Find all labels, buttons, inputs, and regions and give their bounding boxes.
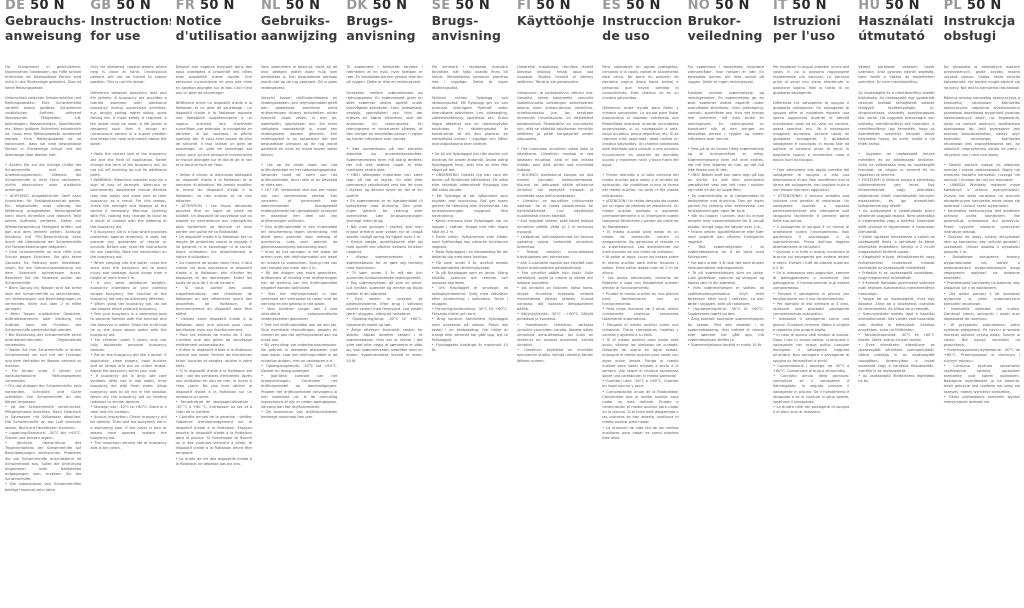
instruction-paragraph: • Testa flytplagget i en simbassäng för … (432, 250, 508, 260)
instruction-paragraph: • In caso di sporco vedi simboli di puli… (773, 333, 849, 364)
column-title: Käyttöohje (517, 14, 593, 29)
instruction-paragraph: • Afprøv svømmevesten i et svømmebassin … (346, 255, 422, 270)
column-header: HU 50 NHasználati útmutató (858, 0, 934, 57)
column-header: NO 50 NBrukor- veiledning (688, 0, 764, 57)
instruction-paragraph: • For barn under 3 år skal det bare bruk… (688, 261, 764, 271)
instruction-paragraph: • El medio auxiliar para nadar es un med… (602, 230, 678, 256)
column-title: Notice d'utilisation (176, 14, 252, 43)
instruction-paragraph: • Au moment de sauter dans l'eau, il fau… (176, 261, 252, 287)
instruction-paragraph: • Opbergen/gebruik: -30°C tot +60°C. Don… (261, 364, 337, 374)
instruction-paragraph: • Test het drijfhulpmiddel in een zwemba… (261, 292, 337, 307)
language-size-label: NO 50 N (688, 0, 764, 12)
instruction-paragraph: • Si vous portez des poids supplémentair… (176, 286, 252, 317)
instruction-paragraph: • Skacząc do wody, należy skrzyżować ręc… (944, 235, 1020, 256)
instruction-paragraph: • WARNING: Bleached material may be a si… (90, 178, 166, 230)
language-size-label: GB 50 N (90, 0, 166, 12)
instruction-paragraph: • Przetestować kamizelkę na basenie, aby… (944, 281, 1020, 291)
instruction-paragraph: • Jährliche Überprüfung des Trageverhalt… (5, 441, 81, 482)
instruction-paragraph: • LET OP: Verbleekte stof kan een teken … (261, 188, 337, 224)
instruction-paragraph: • Ist die Schwimmhilfe verschmutzt, Pfle… (5, 405, 81, 431)
instruction-paragraph: • Uimaliivi on apuväline hukkumista vast… (517, 199, 593, 220)
instruction-paragraph: • Un dispositif d'aide à la flottaison e… (176, 235, 252, 261)
column-body: Per nuotatori in acque protette, vicino … (773, 65, 849, 415)
instruction-paragraph: • Al saltar al agua, cruce los brazos so… (602, 255, 678, 276)
language-column-pl: PL 50 NInstrukcja obsługiDo pływaków w o… (939, 0, 1024, 608)
instruction-paragraph: Diferencia entre ayuda para flotar y cha… (602, 106, 678, 168)
instruction-paragraph: • Quando ci si tuffa in acqua, incrociar… (773, 250, 849, 271)
column-body: Uimareille suojaisissa, rannikon lähellä… (517, 65, 593, 364)
language-column-dk: DK 50 NBrugs- anvisningTil svømmere i be… (341, 0, 426, 608)
buoyancy-rating: 50 N (536, 0, 571, 13)
instruction-paragraph: • Note the correct size of the buoyancy … (90, 152, 166, 178)
instruction-paragraph: • OBS! Afblegede materialer kan være teg… (346, 173, 422, 199)
instruction-paragraph: • Testaa uimaliivi uima-altaassa tutustu… (517, 250, 593, 260)
instruction-paragraph: • W przypadku zabrudzenia: patrz symbole… (944, 323, 1020, 349)
instruction-paragraph: • Vær opmærksom på den korrekte størrels… (346, 147, 422, 173)
instruction-paragraph: • Trek het drijfhulpmiddel aan als een j… (261, 323, 337, 344)
instruction-paragraph: • Kamizelkę zakładać jak kurtkę. Zamknąć… (944, 307, 1020, 322)
instruction-paragraph: • Per bambini di età inferiore ai 3 anni… (773, 302, 849, 317)
instruction-paragraph: • When using the buoyancy aid, do not us… (90, 302, 166, 312)
instruction-paragraph: • Beim Sprung ins Wasser sind die Arme ü… (5, 286, 81, 312)
column-body: Til svømmere i beskyttet farvand i nærhe… (346, 65, 422, 364)
column-title: Brugs- anvisning (346, 14, 422, 43)
instruction-paragraph: Do pływaków w osłoniętych wodach przybrz… (944, 65, 1020, 91)
instruction-paragraph: • OBS! Bleket stoff kan være tegn på tap… (688, 173, 764, 194)
instruction-paragraph: • Uimaliivin käyttöikä on enintään kymme… (517, 348, 593, 363)
instruction-paragraph: • Bij het dragen van extra gewichten, dr… (261, 271, 337, 292)
instruction-paragraph: • Eine Schwimmhilfe ist eine Hilfe zum S… (5, 250, 81, 286)
instruction-paragraph: • Lagerung/Gebrauch: -30°C bis +60°C. Du… (5, 431, 81, 441)
buoyancy-rating: 50 N (286, 0, 321, 13)
instruction-paragraph: Unterschied zwischen Schwimmhilfen und R… (5, 96, 81, 158)
instruction-paragraph: För simmare i skyddade, kustnära farvatt… (432, 65, 508, 91)
instruction-paragraph: • ATTENZIONE! Il tessuto sbiadito può in… (773, 194, 849, 225)
instruction-paragraph: • Póngase el medio auxiliar como una cha… (602, 323, 678, 338)
instruction-paragraph: • Lisäpainot, kelluntakammiot tai kelluv… (517, 235, 593, 250)
language-column-gb: GB 50 NInstructions for useOnly for shel… (85, 0, 170, 608)
language-size-label: ES 50 N (602, 0, 678, 12)
instruction-paragraph: • Oppbevaring/bruk: -30°C til +60°C. Opp… (688, 307, 764, 317)
instruction-paragraph: • Si le dispositif d'aide à la flottaiso… (176, 369, 252, 400)
instruction-paragraph: • Bij vervuiling: zie onderhoudssymbolen… (261, 343, 337, 364)
instruction-paragraph: • Årligt eftersyn: kontrollér vesten for… (346, 328, 422, 364)
language-size-label: NL 50 N (261, 0, 337, 12)
instruction-paragraph: • UWAGA! Wyblakły materiał może świadczy… (944, 183, 1020, 209)
language-size-label: IT 50 N (773, 0, 849, 12)
instruction-paragraph: • Korsa armarna över flytplagget när du … (432, 219, 508, 234)
instruction-paragraph: • Przechowywanie/użytkowanie: -30°C do +… (944, 348, 1020, 363)
instruction-paragraph: Différence entre un dispositif d'aide à … (176, 101, 252, 168)
instruction-paragraph: • Beim Tragen zusätzlicher Gewichte, Auf… (5, 312, 81, 333)
instruction-paragraph: • Należy zwrócić uwagę na właściwy rozmi… (944, 163, 1020, 184)
buoyancy-rating: 50 N (626, 0, 661, 13)
buoyancy-rating: 50 N (116, 0, 151, 13)
instruction-paragraph: • La durata utile dei salvagenti di spug… (773, 405, 849, 415)
instruction-paragraph: • A buoyancy aid is a tool which provide… (90, 230, 166, 261)
instruction-paragraph: • Til børn under 3 år må der kun anvende… (346, 271, 422, 281)
buoyancy-rating: 50 N (715, 0, 750, 13)
language-code: FR (176, 0, 196, 13)
instruction-paragraph: • Jaarlijkse controle van het draagvermo… (261, 374, 337, 410)
instruction-paragraph: • Ekstra vægte, opdriftskamre eller tøj … (346, 240, 422, 255)
column-title: Instrucciones de uso (602, 14, 678, 43)
language-column-es: ES 50 NInstrucciones de usoPara nadadore… (597, 0, 682, 608)
language-code: FI (517, 0, 531, 13)
instruction-paragraph: • Los pesos adicionales, cámaras de flot… (602, 276, 678, 291)
instruction-paragraph: • ATTENTION ! Les tissus décolorés peuve… (176, 204, 252, 235)
instruction-paragraph: Forskjell mellom svømmehjelp og rednings… (688, 91, 764, 143)
language-size-label: SE 50 N (432, 0, 508, 12)
column-title: Instructions for use (90, 14, 166, 43)
buoyancy-rating: 50 N (885, 0, 920, 13)
instruction-paragraph: • Förvaring/användning: -30°C till +60°C… (432, 307, 508, 317)
instruction-paragraph: • Preste atención a la talla correcta de… (602, 173, 678, 199)
instruction-paragraph: • Hvis svømmehjelpen er skitten: se vedl… (688, 286, 764, 307)
instruction-paragraph: • Ta på flytplagget som en jacka. Stäng … (432, 271, 508, 286)
column-body: Do pływaków w osłoniętych wodach przybrz… (944, 65, 1020, 405)
column-body: Védett, partközeli vizekben úszók számár… (858, 65, 934, 384)
instruction-paragraph: • Tárolás/használat: -30°C és +60°C közö… (858, 333, 934, 343)
instruction-paragraph: • En svømmevest er et hjælpemiddel til b… (346, 199, 422, 225)
instruction-paragraph: • Die Lebensdauer von Schwimmhilfen betr… (5, 482, 81, 492)
language-code: DE (5, 0, 25, 13)
instruction-paragraph: • Säilytys/käyttö: -30°C – +60°C. Säilyt… (517, 312, 593, 322)
instruction-paragraph: • If buoyancy aid is dirty: see care sym… (90, 374, 166, 405)
instruction-paragraph: • Kamizelka asekuracyjna jest środkiem o… (944, 209, 1020, 235)
column-body: Para nadadores en aguas protegidas, cerc… (602, 65, 678, 441)
instruction-paragraph: Uimapuvun ja pelastusliivin välinen ero:… (517, 91, 593, 143)
instruction-paragraph: • Årlig kontroll: kontrollera flytplagge… (432, 317, 508, 343)
column-header: DK 50 NBrugs- anvisning (346, 0, 422, 57)
instruction-paragraph: • When jumping into the water, cross the… (90, 261, 166, 282)
instruction-paragraph: • Dodatkowe obciążenie, komory wypornośc… (944, 255, 1020, 281)
language-code: DK (346, 0, 367, 13)
language-column-no: NO 50 NBrukor- veiledningFor svømmere i … (683, 0, 768, 608)
language-size-label: DK 50 N (346, 0, 422, 12)
instruction-paragraph: • Ta på svømmehjelpen som en jakke. Lukk… (688, 271, 764, 286)
instruction-paragraph: • Az úszássegítő élettartama legfeljebb … (858, 374, 934, 384)
instruction-paragraph: • Température de stockage/utilisation : … (176, 400, 252, 415)
instruction-paragraph: • Kiegészítő súlyok, felhajtókamrák vagy… (858, 255, 934, 270)
instruction-paragraph: • Enfiler le dispositif d'aide à la flot… (176, 348, 252, 369)
instruction-paragraph: Verschil tussen drijfhulpmiddelen en red… (261, 96, 337, 158)
instruction-paragraph: • Indossare il salvagente come una giacc… (773, 317, 849, 332)
instruction-paragraph: • OBSERVERA! Urblekt tyg kan vara ett te… (432, 173, 508, 194)
instruction-paragraph: • Pue uimaliivi päälle kuin takki. Sulje… (517, 271, 593, 286)
instruction-paragraph: • Årlig kontroll: kontroller svømmehjelp… (688, 317, 764, 343)
instruction-paragraph: • Für Kinder unter 3 Jahren nur vollauto… (5, 369, 81, 384)
language-size-label: PL 50 N (944, 0, 1020, 12)
instruction-paragraph: • En svømmehjelp er et hjelpemiddel til … (688, 194, 764, 215)
instruction-paragraph: • Si el medio auxiliar para nadar está s… (602, 338, 678, 379)
instruction-paragraph: • Conservazione / Impiego: da -30°C a +6… (773, 364, 849, 374)
instruction-paragraph: Für Schwimmer in geschütztem, küstennahe… (5, 65, 81, 91)
language-size-label: HU 50 N (858, 0, 934, 12)
instruction-paragraph: • Jos uimaliivi on likainen: katso hoito… (517, 286, 593, 312)
column-title: Használati útmutató (858, 14, 934, 43)
instruction-paragraph: • Vízbe ugráskor keresztezze a karjait a… (858, 235, 934, 256)
language-column-se: SE 50 NBrugs- anvisningFör simmare i sky… (427, 0, 512, 608)
instruction-paragraph: • Pour les enfants de moins de 3 ans, n'… (176, 333, 252, 348)
instruction-paragraph: • Provare il salvagente in piscina per f… (773, 292, 849, 302)
instruction-paragraph: • Für das Anlegen der Schwimmhilfe, fall… (5, 384, 81, 405)
column-body: För simmare i skyddade, kustnära farvatt… (432, 65, 508, 353)
instruction-paragraph: Forskellen mellem svømmeveste og redning… (346, 91, 422, 143)
instruction-paragraph: • Coroczna kontrola sprawności użytkowan… (944, 364, 1020, 395)
instruction-paragraph: • Se si indossano pesi aggiuntivi, camer… (773, 271, 849, 292)
instruction-paragraph: • Fare attenzione alla taglia corretta d… (773, 168, 849, 194)
instruction-paragraph: • Een drijfhulpmiddel is een hulpmiddel … (261, 225, 337, 251)
instruction-paragraph: • Utilisez votre dispositif d'aide à la … (176, 317, 252, 332)
instruction-paragraph: Różnica między kamizelką asekuracyjną a … (944, 96, 1020, 158)
instruction-sheet: DE 50 NGebrauchs- anweisungFür Schwimmer… (0, 0, 1024, 608)
instruction-paragraph: • Put on the buoyancy aid like a jacket.… (90, 353, 166, 374)
instruction-paragraph: • Test your buoyancy in a swimming pool … (90, 312, 166, 338)
column-header: PL 50 NInstrukcja obsługi (944, 0, 1020, 57)
language-column-it: IT 50 NIstruzioni per l'usoPer nuotatori… (768, 0, 853, 608)
language-code: HU (858, 0, 880, 13)
instruction-paragraph: • Når du hopper i vannet, skal du krysse… (688, 214, 764, 229)
instruction-paragraph: • Vuosittainen tarkastus: tarkasta uimal… (517, 323, 593, 349)
instruction-paragraph: Per nuotatori in acque protette, vicino … (773, 65, 849, 96)
instruction-paragraph: • Storage/ use: -30°C to +60°C. Store in… (90, 405, 166, 415)
column-body: Only for sheltered, coastal waters where… (90, 65, 166, 451)
instruction-paragraph: • Se till att flytplagget har rätt storl… (432, 152, 508, 173)
column-title: Istruzioni per l'uso (773, 14, 849, 43)
column-body: Destiné aux nageurs évoluant dans des ea… (176, 65, 252, 467)
instruction-paragraph: • Bei Benutzung der Schwimmhilfe keine a… (5, 333, 81, 348)
column-header: DE 50 NGebrauchs- anweisung (5, 0, 81, 57)
language-code: IT (773, 0, 787, 13)
instruction-paragraph: • Az úszássegítő a vízbefulladás elleni … (858, 209, 934, 235)
instruction-paragraph: Til svømmere i beskyttet farvand i nærhe… (346, 65, 422, 86)
instruction-paragraph: • För barn under 3 år, använd endast hel… (432, 261, 508, 271)
instruction-paragraph: Difference between buoyancy aids and lif… (90, 91, 166, 148)
instruction-paragraph: • Extra vikter, flytkammare eller kläder… (432, 235, 508, 250)
instruction-paragraph: • La duración de vida útil de los medios… (602, 426, 678, 441)
instruction-paragraph: • Om flytplagget är smutsigt: se skötsel… (432, 286, 508, 307)
instruction-paragraph: • 3 évesnél fiatalabb gyermekek számára … (858, 281, 934, 296)
language-size-label: FR 50 N (176, 0, 252, 12)
instruction-paragraph: Uimareille suojaisissa, rannikon lähellä… (517, 65, 593, 86)
instruction-paragraph: Differenza tra salvagente di spugna e gi… (773, 101, 849, 163)
instruction-paragraph: • Veiller à choisir la dimension adéquat… (176, 173, 252, 204)
instruction-paragraph: • Ügyeljen az úszássegítő helyes méretér… (858, 152, 934, 178)
column-title: Brugs- anvisning (432, 14, 508, 43)
column-header: FR 50 NNotice d'utilisation (176, 0, 252, 57)
instruction-paragraph: • Ota huomioon uimaliivin oikea koko ja … (517, 147, 593, 173)
instruction-paragraph: • Vegye fel az úszássegítőt, mint egy ka… (858, 297, 934, 312)
instruction-paragraph: • Når man springer i vandet, skal man kr… (346, 225, 422, 240)
instruction-paragraph: • Dla dzieci poniżej 3 lat stosować wyłą… (944, 292, 1020, 307)
language-column-hu: HU 50 NHasználati útmutatóVédett, partkö… (853, 0, 938, 608)
instruction-paragraph: • ACHTUNG! Ausgebleichter Stoff kann Anz… (5, 194, 81, 251)
instruction-paragraph: • Ekstra vekter, oppdriftskamre eller kl… (688, 230, 764, 245)
instruction-paragraph: • Flytplaggets livslängd är maximalt 10 … (432, 343, 508, 353)
column-title: Brukor- veiledning (688, 14, 764, 43)
instruction-paragraph: • Alle 3-vuotiaille lapsille saa käyttää… (517, 261, 593, 271)
instruction-paragraph: For svømmere i beskyttete, kystnære vann… (688, 65, 764, 86)
buoyancy-rating: 50 N (373, 0, 408, 13)
instruction-paragraph: • Szennyeződés esetén lásd a kezelési sz… (858, 312, 934, 333)
language-code: NL (261, 0, 281, 13)
language-code: GB (90, 0, 111, 13)
instruction-paragraph: • Próbálja ki az úszássegítőt uszodában,… (858, 271, 934, 281)
column-header: NL 50 NGebruiks- aanwijzing (261, 0, 337, 57)
language-code: NO (688, 0, 711, 13)
instruction-paragraph: • Annual inspection: Check buoyancy aid … (90, 415, 166, 441)
instruction-paragraph: • If you wear additional weights, buoyan… (90, 281, 166, 302)
instruction-paragraph: • Kruis bij het springen in het water de… (261, 250, 337, 271)
instruction-paragraph: • Il salvagente di spugna è un mezzo di … (773, 225, 849, 251)
instruction-paragraph: • Hvis vesten er snavset: se plejesymbol… (346, 297, 422, 318)
column-header: GB 50 NInstructions for use (90, 0, 166, 57)
instruction-paragraph: • Let op de juiste maat van het drijfhul… (261, 163, 337, 189)
column-title: Gebrauchs- anweisung (5, 14, 81, 43)
instruction-paragraph: • ¡ATENCIÓN! Un tejido descolorido puede… (602, 199, 678, 230)
instruction-paragraph: • Okres użytkowania kamizelki wynosi mak… (944, 395, 1020, 405)
instruction-paragraph: • Guardar/ usar: -30°C a +60°C. Guardar … (602, 379, 678, 389)
column-body: Für Schwimmer in geschütztem, küstennahe… (5, 65, 81, 493)
language-size-label: FI 50 N (517, 0, 593, 12)
buoyancy-rating: 50 N (30, 0, 65, 13)
buoyancy-rating: 50 N (455, 0, 490, 13)
instruction-paragraph: • Testen Sie Ihre Schwimmhilfe in einem … (5, 348, 81, 369)
language-size-label: DE 50 N (5, 0, 81, 12)
instruction-paragraph: • Svømmehjelpens levetid er maks 10 år. (688, 343, 764, 348)
instruction-paragraph: • Comprobación anual de la flotabilidad:… (602, 390, 678, 426)
language-code: SE (432, 0, 451, 13)
language-column-de: DE 50 NGebrauchs- anweisungFür Schwimmer… (0, 0, 85, 608)
instruction-paragraph: Only for sheltered, coastal waters where… (90, 65, 166, 86)
instruction-paragraph: Skillnad mellan flytplagg och räddningsv… (432, 96, 508, 148)
column-title: Gebruiks- aanwijzing (261, 14, 337, 43)
instruction-paragraph: • Controllo annuo della garanzia: contro… (773, 374, 849, 405)
language-column-fi: FI 50 NKäyttöohjeUimareille suojaisissa,… (512, 0, 597, 608)
instruction-paragraph: • For children under 3 years, only use f… (90, 338, 166, 353)
instruction-paragraph: • Contrôle annuel de la garantie : vérif… (176, 415, 252, 456)
instruction-paragraph: • Voor kinderen jonger dan 3 jaar uitslu… (261, 307, 337, 322)
instruction-paragraph: • Kun hyppäät veteen, pidä kädet ristiss… (517, 219, 593, 234)
language-code: PL (944, 0, 962, 13)
column-header: FI 50 NKäyttöohje (517, 0, 593, 57)
instruction-paragraph: • Éves ellenőrzés: ellenőrizze az úszáss… (858, 343, 934, 374)
instruction-paragraph: Destiné aux nageurs évoluant dans des ea… (176, 65, 252, 96)
instruction-paragraph: • Pass på at du bruker riktig svømmehjel… (688, 147, 764, 173)
language-column-fr: FR 50 NNotice d'utilisationDestiné aux n… (171, 0, 256, 608)
column-header: IT 50 NIstruzioni per l'uso (773, 0, 849, 57)
instruction-paragraph: • Pruebe el medio auxiliar en una piscin… (602, 292, 678, 307)
instruction-paragraph: Para nadadores en aguas protegidas, cerc… (602, 65, 678, 101)
instruction-paragraph: • The maximum service life of buoyancy a… (90, 441, 166, 451)
buoyancy-rating: 50 N (967, 0, 1002, 13)
language-column-nl: NL 50 NGebruiks- aanwijzingVoor zwemmers… (256, 0, 341, 608)
instruction-paragraph: • Test svømmehjelpen i et svømmebasseng … (688, 245, 764, 260)
buoyancy-rating: 50 N (200, 0, 235, 13)
instruction-paragraph: Voor zwemmers in beschut, dicht bij de k… (261, 65, 337, 91)
instruction-paragraph: • FIGYELEM! A kifakult anyag a szilárdsá… (858, 178, 934, 209)
instruction-paragraph: • Opbevaring/brug: -30°C til +60°C. Opbe… (346, 317, 422, 327)
instruction-paragraph: • De levensduur van drijfhulpmiddelen be… (261, 410, 337, 420)
language-code: ES (602, 0, 621, 13)
column-body: Voor zwemmers in beschut, dicht bij de k… (261, 65, 337, 420)
instruction-paragraph: • Achten Sie auf die richtige Größe der … (5, 163, 81, 194)
column-header: SE 50 NBrugs- anvisning (432, 0, 508, 57)
buoyancy-rating: 50 N (792, 0, 827, 13)
column-body: For svømmere i beskyttete, kystnære vann… (688, 65, 764, 348)
instruction-paragraph: Védett, partközeli vizekben úszók számár… (858, 65, 934, 86)
instruction-paragraph: • Ett flytplagg är ett hjälpmedel som sk… (432, 194, 508, 220)
instruction-paragraph: • Para niños menores de 3 años, utilice … (602, 307, 678, 322)
instruction-paragraph: • Tag svømmevesten på som en jakke. Luk … (346, 281, 422, 296)
column-header: ES 50 NInstrucciones de uso (602, 0, 678, 57)
instruction-paragraph: • HUOMIO! Haalistunut kangas voi olla me… (517, 173, 593, 199)
column-title: Instrukcja obsługi (944, 14, 1020, 43)
instruction-paragraph: Az úszássegítő és a mentőmellény közötti… (858, 91, 934, 148)
instruction-paragraph: • La durée de vie des dispositifs d'aide… (176, 457, 252, 467)
